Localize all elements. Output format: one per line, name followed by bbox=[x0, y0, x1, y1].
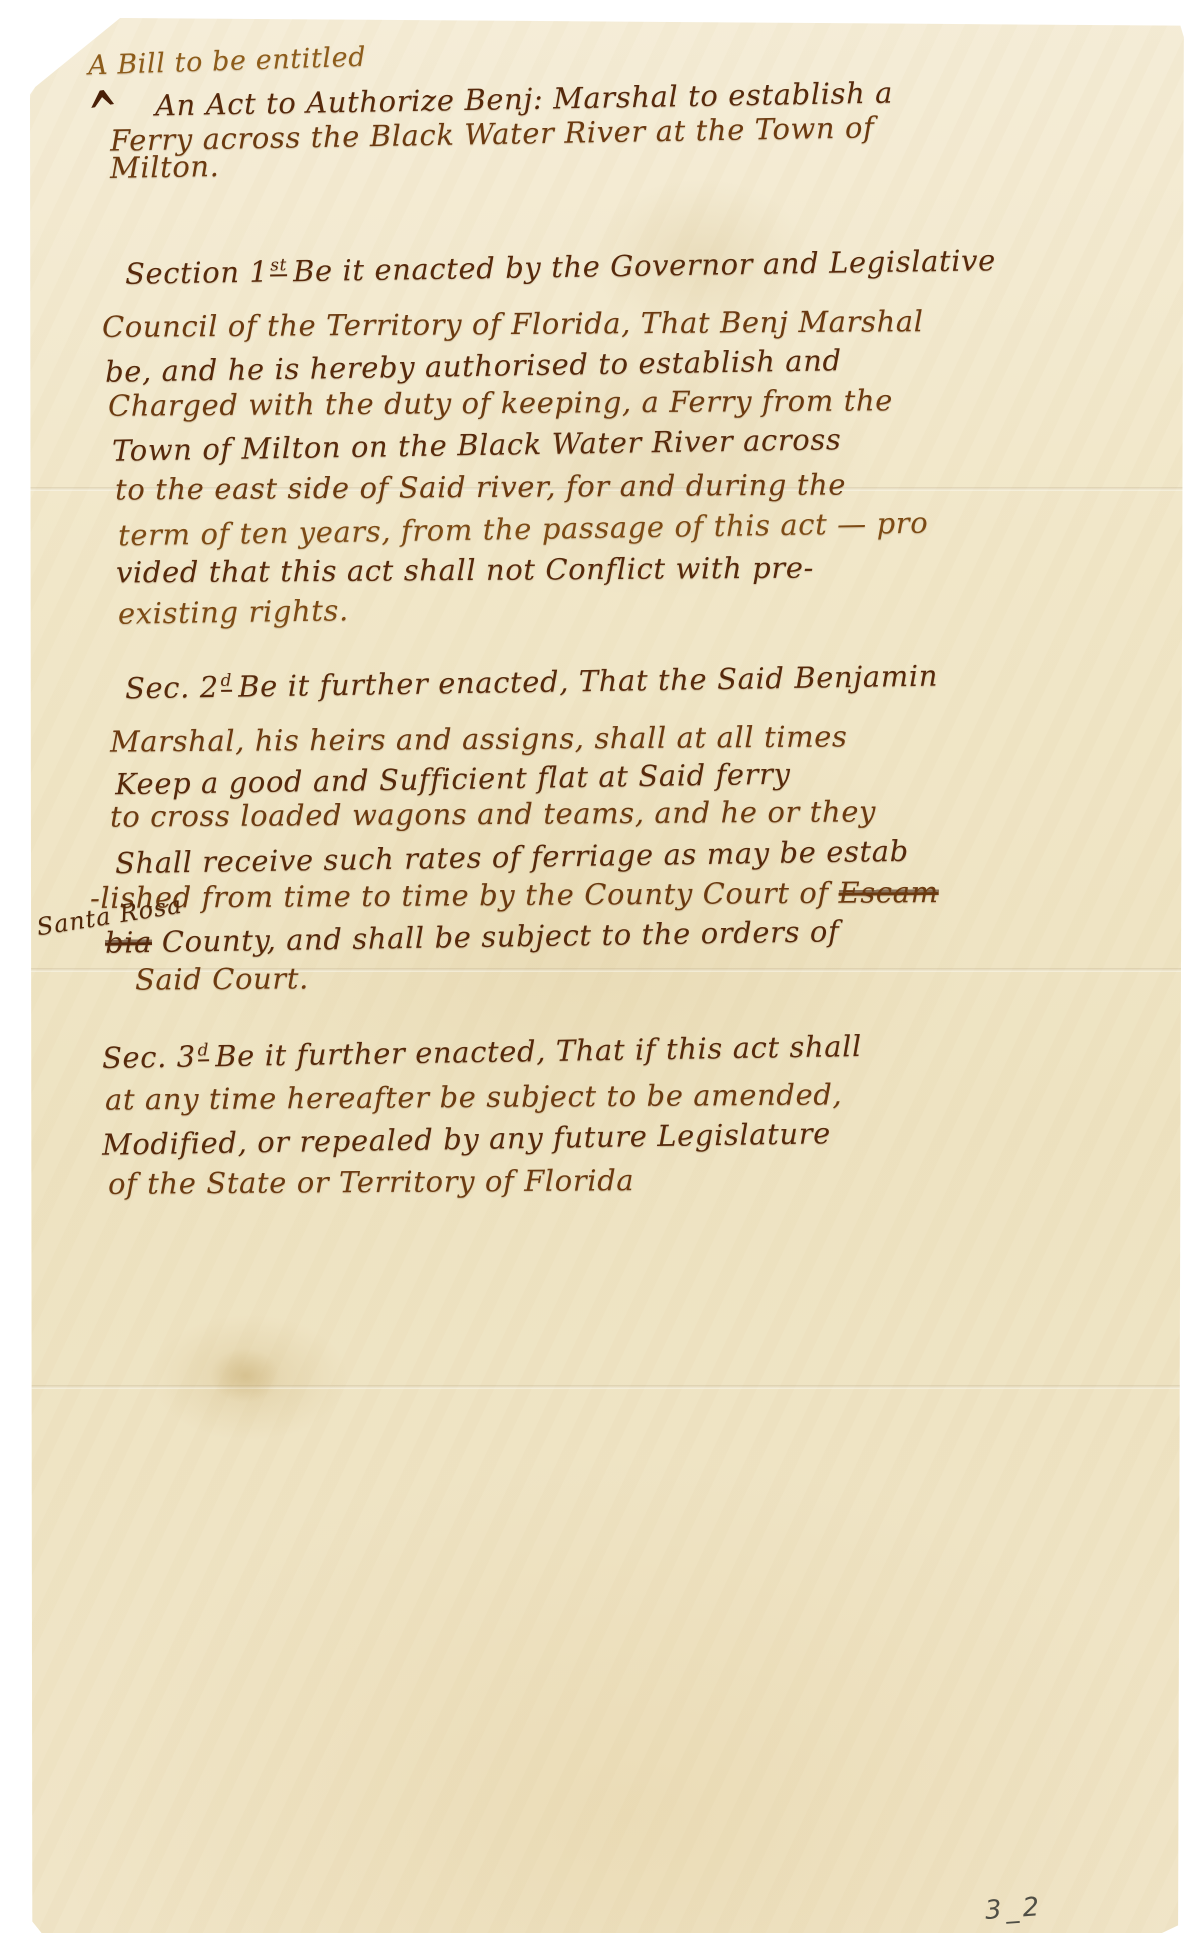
line-text: Be it further enacted, That if this act … bbox=[215, 1029, 862, 1073]
struck-word: Escam bbox=[838, 875, 938, 910]
line-text: -lished from time to time by the County … bbox=[90, 876, 839, 915]
manuscript-line: Section 1stBe it enacted by the Governor… bbox=[125, 243, 996, 291]
manuscript-line: Town of Milton on the Black Water River … bbox=[112, 422, 842, 467]
page-number-annotation: 3_2 bbox=[984, 1892, 1044, 1926]
superscript: st bbox=[270, 255, 287, 277]
struck-word: bia bbox=[105, 925, 152, 960]
line-text: Be it further enacted, That the Said Ben… bbox=[238, 659, 938, 704]
manuscript-line: Marshal, his heirs and assigns, shall at… bbox=[110, 719, 848, 758]
manuscript-line: Sec. 3dBe it further enacted, That if th… bbox=[102, 1029, 862, 1075]
manuscript-line: Sec. 2dBe it further enacted, That the S… bbox=[125, 659, 938, 706]
paper-stain bbox=[210, 1348, 280, 1403]
manuscript-line: Keep a good and Sufficient flat at Said … bbox=[115, 757, 791, 802]
manuscript-line: to the east side of Said river, for and … bbox=[115, 467, 846, 506]
manuscript-page: A Bill to be entitled ^ An Act to Author… bbox=[30, 18, 1185, 1933]
title-line: Milton. bbox=[110, 149, 220, 185]
superscript: d bbox=[221, 670, 233, 692]
manuscript-line: vided that this act shall not Conflict w… bbox=[116, 551, 814, 590]
manuscript-line: of the State or Territory of Florida bbox=[108, 1163, 634, 1201]
manuscript-line: Council of the Territory of Florida, Tha… bbox=[102, 304, 924, 344]
scan-background: A Bill to be entitled ^ An Act to Author… bbox=[0, 0, 1200, 1956]
line-text: Be it enacted by the Governor and Legisl… bbox=[293, 243, 996, 288]
line-text: County, and shall be subject to the orde… bbox=[152, 914, 840, 959]
manuscript-line: be, and he is hereby authorised to estab… bbox=[105, 343, 842, 389]
superscript: d bbox=[198, 1040, 210, 1062]
fold-crease bbox=[30, 1385, 1185, 1389]
manuscript-line: -lished from time to time by the County … bbox=[90, 875, 939, 915]
manuscript-line: Modified, or repealed by any future Legi… bbox=[102, 1116, 831, 1161]
section-label: Section 1 bbox=[125, 255, 269, 291]
section-label: Sec. 2 bbox=[125, 670, 219, 705]
manuscript-line: term of ten years, from the passage of t… bbox=[118, 506, 929, 553]
manuscript-line: at any time hereafter be subject to be a… bbox=[105, 1077, 843, 1116]
bill-heading: A Bill to be entitled bbox=[88, 42, 367, 82]
manuscript-line: Shall receive such rates of ferriage as … bbox=[115, 834, 909, 880]
manuscript-line: Charged with the duty of keeping, a Ferr… bbox=[108, 383, 893, 422]
manuscript-line: to cross loaded wagons and teams, and he… bbox=[110, 794, 876, 833]
manuscript-line: bia County, and shall be subject to the … bbox=[105, 914, 840, 960]
section-label: Sec. 3 bbox=[102, 1039, 196, 1074]
manuscript-line: Said Court. bbox=[135, 961, 309, 996]
manuscript-line: existing rights. bbox=[118, 593, 349, 631]
